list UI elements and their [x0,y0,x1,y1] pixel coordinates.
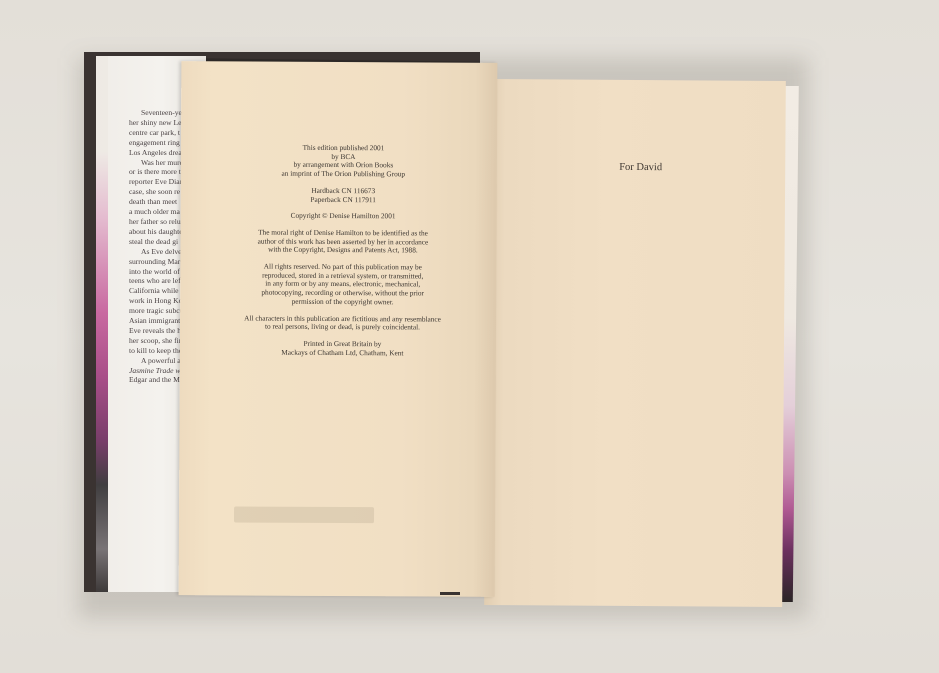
edition-info: This edition published 2001 by BCA by ar… [221,143,466,179]
copyright-notice: Copyright © Denise Hamilton 2001 [221,212,466,222]
moral-right-notice: The moral right of Denise Hamilton to be… [220,228,465,255]
rights-line: permission of the copyright owner. [220,297,465,307]
paperback-code: Paperback CN 117911 [221,195,466,205]
copyright-line: Copyright © Denise Hamilton 2001 [221,212,466,222]
edition-line: an imprint of The Orion Publishing Group [221,169,466,179]
moral-right-line: with the Copyright, Designs and Patents … [220,246,465,256]
jacket-spine-edge [96,56,108,592]
printer-info: Printed in Great Britain by Mackays of C… [220,339,465,358]
rights-reserved-notice: All rights reserved. No part of this pub… [220,262,465,307]
book-title-italic: Jasmine Trade wa [129,366,184,375]
dedication-page: For David [484,79,786,607]
show-through-text [234,506,374,523]
copyright-page: This edition published 2001 by BCA by ar… [179,61,498,597]
fiction-line: to real persons, living or dead, is pure… [220,323,465,333]
board-bottom-edge [440,592,460,595]
fiction-notice: All characters in this publication are f… [220,314,465,333]
copyright-block: This edition published 2001 by BCA by ar… [220,143,466,366]
printer-line: Mackays of Chatham Ltd, Chatham, Kent [220,348,465,358]
dedication-text: For David [619,162,662,173]
catalog-numbers: Hardback CN 116673 Paperback CN 117911 [221,186,466,205]
